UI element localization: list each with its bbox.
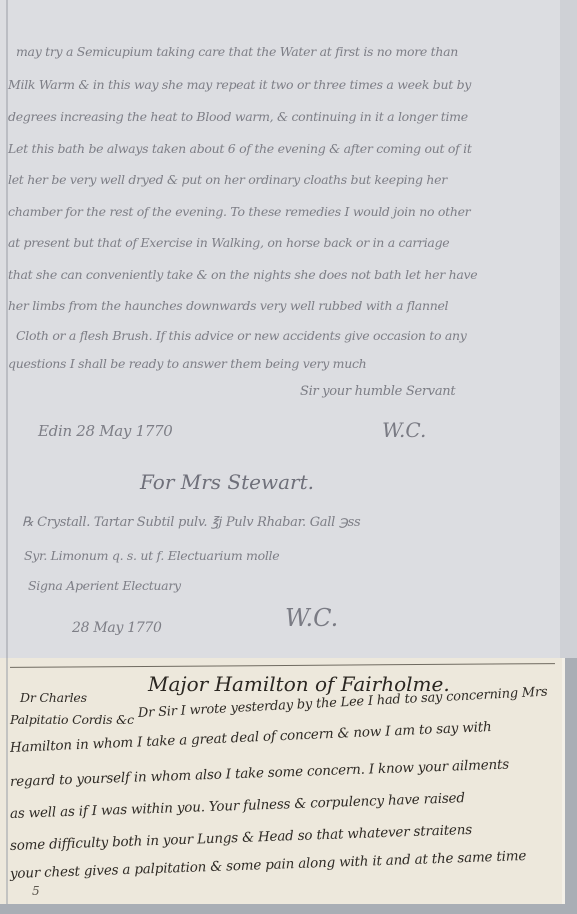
letter-line: that she can conveniently take & on the … — [8, 267, 477, 282]
page-edge — [560, 0, 577, 658]
letter-line: chamber for the rest of the evening. To … — [8, 204, 470, 219]
margin-note: Dr Charles — [20, 690, 87, 705]
letter-line: degrees increasing the heat to Blood war… — [8, 109, 468, 124]
prescription-date: 28 May 1770 — [72, 620, 162, 636]
page-number: 5 — [32, 884, 39, 898]
margin-note: Palpitatio Cordis &c — [10, 712, 134, 727]
letter-closing: Sir your humble Servant — [300, 384, 455, 399]
letter-line: Let this bath be always taken about 6 of… — [8, 141, 472, 156]
prescription-line: ℞ Crystall. Tartar Subtil pulv. ℥j Pulv … — [22, 515, 360, 530]
prescription-heading: For Mrs Stewart. — [140, 470, 314, 494]
letter-line: Cloth or a flesh Brush. If this advice o… — [16, 328, 467, 343]
prescription-line: Syr. Limonum q. s. ut f. Electuarium mol… — [24, 548, 279, 563]
prescription-line: Signa Aperient Electuary — [28, 578, 181, 593]
background-scan-bottom — [0, 904, 577, 914]
letter-line: Milk Warm & in this way she may repeat i… — [8, 77, 471, 92]
letter-line: at present but that of Exercise in Walki… — [8, 235, 449, 250]
letter-line: her limbs from the haunches downwards ve… — [8, 298, 448, 313]
letter-dateline: Edin 28 May 1770 — [38, 422, 173, 440]
letter-line: questions I shall be ready to answer the… — [8, 356, 366, 371]
letter-line: may try a Semicupium taking care that th… — [16, 44, 458, 59]
letter-initials: W.C. — [382, 418, 426, 442]
prescription-initials: W.C. — [285, 604, 338, 632]
binding-line — [6, 0, 8, 904]
letter-line: let her be very well dryed & put on her … — [8, 172, 447, 187]
